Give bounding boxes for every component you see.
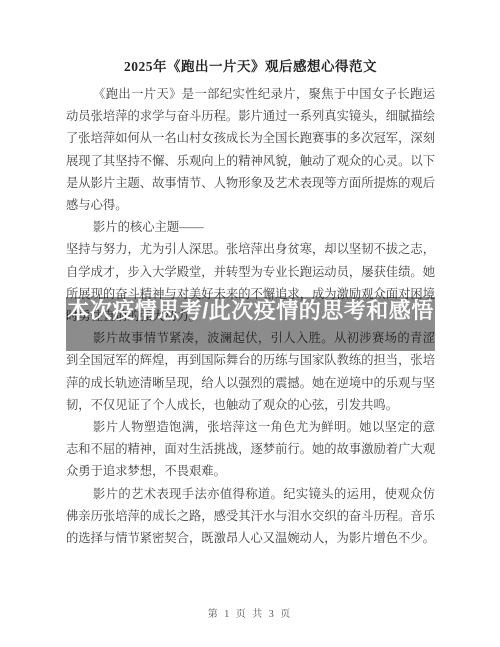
paragraph-characters: 影片人物塑造饱满，张培萍这一角色尤为鲜明。她以坚定的意志和不屈的精神，面对生活挑… <box>66 416 435 483</box>
paragraph-theme-heading: 影片的核心主题—— <box>66 216 435 238</box>
document-page: 2025年《跑出一片天》观后感想心得范文 《跑出一片天》是一部纪实性纪录片，聚焦… <box>0 0 500 647</box>
paragraph-artistic: 影片的艺术表现手法亦值得称道。纪实镜头的运用，使观众仿佛亲历张培萍的成长之路，感… <box>66 483 435 550</box>
paragraph-intro: 《跑出一片天》是一部纪实性纪录片，聚焦于中国女子长跑运动员张培萍的求学与奋斗历程… <box>66 83 435 216</box>
overlay-title-banner: 本次疫情思考/此次疫情的思考和感悟 <box>66 297 435 351</box>
document-title: 2025年《跑出一片天》观后感想心得范文 <box>66 56 435 78</box>
page-number-footer: 第 1 页 共 3 页 <box>0 605 500 620</box>
